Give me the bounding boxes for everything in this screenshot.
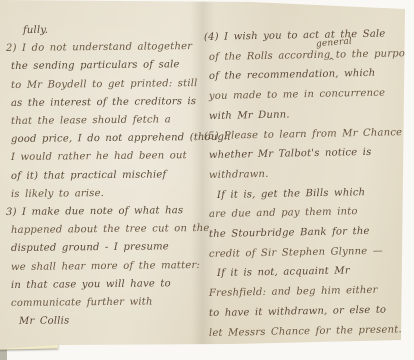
handwritten-line: in that case you will have to	[11, 275, 202, 295]
letter-right-page: general ^ (4) I wish you to act at the S…	[204, 28, 410, 343]
handwritten-line: Mr Collis	[19, 311, 202, 331]
handwritten-line: of it) that practical mischief	[11, 166, 202, 186]
handwritten-line: I would rather he had been out	[11, 147, 202, 167]
handwritten-line: as the interest of the creditors is	[11, 93, 202, 113]
handwritten-line: is likely to arise.	[11, 184, 202, 204]
handwritten-line: let Messrs Chance for the present.	[209, 320, 410, 344]
handwritten-line: we shall hear more of the matter:	[11, 257, 202, 277]
handwritten-line: the sending particulars of sale	[11, 56, 202, 76]
scan-background-corner	[0, 349, 7, 360]
handwritten-line: disputed ground - I presume	[11, 238, 202, 258]
handwritten-line: 3) I make due note of what has	[6, 202, 202, 222]
handwritten-line: communicate further with	[11, 293, 202, 313]
letter-paper: fully. 2) I do not understand altogether…	[0, 0, 414, 360]
handwritten-line: to Mr Boydell to get printed: still	[11, 75, 202, 95]
letter-left-page: fully. 2) I do not understand altogether…	[6, 22, 202, 331]
scanned-letter: fully. 2) I do not understand altogether…	[0, 0, 414, 360]
handwritten-line: fully.	[23, 20, 202, 40]
handwritten-line: that the lease should fetch a	[11, 111, 202, 131]
